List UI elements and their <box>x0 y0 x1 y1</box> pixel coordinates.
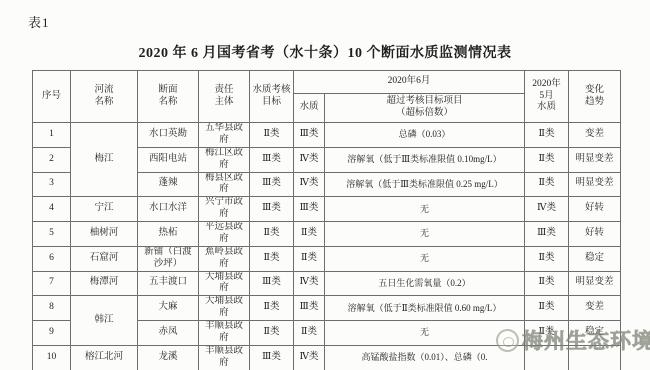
cell-exceed: 五日生化需氧量（0.2） <box>325 271 525 296</box>
cell-target: Ⅲ类 <box>250 172 294 197</box>
cell-june-quality: Ⅳ类 <box>294 271 325 296</box>
col-header-june-group: 2020年6月 <box>294 71 525 94</box>
water-quality-table: 序号 河流 名称 断面 名称 责任 主体 水质考核 目标 2020年6月 202… <box>32 70 621 370</box>
cell-no: 10 <box>33 345 71 370</box>
col-header-trend: 变化 趋势 <box>569 71 621 123</box>
cell-river: 韩江 <box>71 296 138 346</box>
cell-target: Ⅱ类 <box>250 123 294 148</box>
cell-may-quality: Ⅱ类 <box>525 123 569 148</box>
cell-target: Ⅱ类 <box>250 321 294 346</box>
cell-section: 龙溪 <box>138 345 199 370</box>
cell-trend: 好转 <box>569 197 621 222</box>
cell-river: 柚树河 <box>71 222 138 247</box>
col-header-responsible: 责任 主体 <box>199 71 250 123</box>
cell-exceed: 无 <box>325 321 525 346</box>
header-row-1: 序号 河流 名称 断面 名称 责任 主体 水质考核 目标 2020年6月 202… <box>33 71 621 94</box>
cell-june-quality: Ⅲ类 <box>294 123 325 148</box>
cell-section: 水口水洋 <box>138 197 199 222</box>
cell-trend: 稳定 <box>569 246 621 271</box>
col-header-exceed: 超过考核目标项目 （超标倍数） <box>325 94 525 123</box>
cell-responsible: 大埔县政府 <box>199 296 250 321</box>
cell-june-quality: Ⅲ类 <box>294 296 325 321</box>
cell-june-quality: Ⅳ类 <box>294 172 325 197</box>
cell-no: 5 <box>33 222 71 247</box>
table-row: 8 韩江 大麻 大埔县政府 Ⅱ类 Ⅲ类 溶解氧（低于Ⅱ类标准限值 0.60 mg… <box>33 296 621 321</box>
cell-section: 西阳电站 <box>138 147 199 172</box>
cell-june-quality: Ⅳ类 <box>294 345 325 370</box>
cell-may-quality: Ⅱ类 <box>525 271 569 296</box>
col-header-target: 水质考核 目标 <box>250 71 294 123</box>
table-label: 表1 <box>28 12 50 31</box>
scanned-report-page: 表1 2020 年 6 月国考省考（水十条）10 个断面水质监测情况表 序号 河… <box>0 0 650 370</box>
cell-responsible: 平远县政府 <box>199 222 250 247</box>
cell-section: 水口英勘 <box>138 123 199 148</box>
cell-may-quality: Ⅱ类 <box>525 296 569 321</box>
cell-target: Ⅲ类 <box>250 147 294 172</box>
cell-target: Ⅲ类 <box>250 345 294 370</box>
cell-responsible: 梅县区政府 <box>199 172 250 197</box>
cell-exceed: 高锰酸盐指数（0.01）、总磷（0. <box>325 345 525 370</box>
cell-may-quality: Ⅱ类 <box>525 147 569 172</box>
col-header-may: 2020年 5月 水质 <box>525 71 569 123</box>
cell-may-quality <box>525 345 569 370</box>
table-row: 4 宁江 水口水洋 兴宁市政府 Ⅲ类 Ⅲ类 无 Ⅳ类 好转 <box>33 197 621 222</box>
cell-section: 五丰渡口 <box>138 271 199 296</box>
cell-no: 6 <box>33 246 71 271</box>
cell-no: 8 <box>33 296 71 321</box>
cell-trend: 明显变差 <box>569 271 621 296</box>
cell-no: 4 <box>33 197 71 222</box>
cell-may-quality: Ⅱ类 <box>525 172 569 197</box>
cell-responsible: 梅江区政府 <box>199 147 250 172</box>
cell-responsible: 五华县政府 <box>199 123 250 148</box>
cell-responsible: 丰顺县政府 <box>199 321 250 346</box>
cell-target: Ⅱ类 <box>250 296 294 321</box>
table-row: 7 梅潭河 五丰渡口 大埔县政府 Ⅲ类 Ⅳ类 五日生化需氧量（0.2） Ⅱ类 明… <box>33 271 621 296</box>
col-header-river: 河流 名称 <box>71 71 138 123</box>
cell-june-quality: Ⅳ类 <box>294 147 325 172</box>
table-row: 10 榕江北河 龙溪 丰顺县政府 Ⅲ类 Ⅳ类 高锰酸盐指数（0.01）、总磷（0… <box>33 345 621 370</box>
cell-no: 2 <box>33 147 71 172</box>
cell-trend: 好转 <box>569 222 621 247</box>
cell-trend <box>569 345 621 370</box>
cell-no: 7 <box>33 271 71 296</box>
cell-may-quality: Ⅱ类 <box>525 246 569 271</box>
cell-target: Ⅱ类 <box>250 222 294 247</box>
cell-river: 宁江 <box>71 197 138 222</box>
cell-section: 新铺（白渡沙坪） <box>138 246 199 271</box>
cell-may-quality: Ⅱ类 <box>525 321 569 346</box>
water-quality-table-wrap: 序号 河流 名称 断面 名称 责任 主体 水质考核 目标 2020年6月 202… <box>32 70 621 370</box>
cell-may-quality: Ⅳ类 <box>525 197 569 222</box>
cell-trend: 明显变差 <box>569 147 621 172</box>
cell-no: 1 <box>33 123 71 148</box>
cell-responsible: 丰顺县政府 <box>199 345 250 370</box>
cell-trend: 稳定 <box>569 321 621 346</box>
cell-river: 梅潭河 <box>71 271 138 296</box>
cell-river: 榕江北河 <box>71 345 138 370</box>
cell-responsible: 大埔县政府 <box>199 271 250 296</box>
cell-exceed: 无 <box>325 222 525 247</box>
cell-responsible: 蕉岭县政府 <box>199 246 250 271</box>
cell-trend: 变差 <box>569 123 621 148</box>
cell-exceed: 溶解氧（低于Ⅲ类标准限值 0.25 mg/L） <box>325 172 525 197</box>
table-row: 5 柚树河 热柘 平远县政府 Ⅱ类 Ⅱ类 无 Ⅲ类 好转 <box>33 222 621 247</box>
col-header-june-quality: 水质 <box>294 94 325 123</box>
cell-no: 9 <box>33 321 71 346</box>
cell-exceed: 无 <box>325 246 525 271</box>
cell-june-quality: Ⅱ类 <box>294 321 325 346</box>
cell-no: 3 <box>33 172 71 197</box>
cell-section: 大麻 <box>138 296 199 321</box>
cell-exceed: 无 <box>325 197 525 222</box>
cell-exceed: 总磷（0.03） <box>325 123 525 148</box>
cell-exceed: 溶解氧（低于Ⅲ类标准限值 0.10mg/L） <box>325 147 525 172</box>
table-row: 6 石窟河 新铺（白渡沙坪） 蕉岭县政府 Ⅱ类 Ⅱ类 无 Ⅱ类 稳定 <box>33 246 621 271</box>
cell-exceed: 溶解氧（低于Ⅱ类标准限值 0.60 mg/L） <box>325 296 525 321</box>
cell-river: 石窟河 <box>71 246 138 271</box>
cell-section: 蓬辣 <box>138 172 199 197</box>
cell-responsible: 兴宁市政府 <box>199 197 250 222</box>
cell-trend: 明显变差 <box>569 172 621 197</box>
cell-june-quality: Ⅱ类 <box>294 246 325 271</box>
cell-river: 梅江 <box>71 123 138 197</box>
cell-section: 赤凤 <box>138 321 199 346</box>
cell-june-quality: Ⅲ类 <box>294 197 325 222</box>
cell-may-quality: Ⅲ类 <box>525 222 569 247</box>
col-header-section: 断面 名称 <box>138 71 199 123</box>
col-header-no: 序号 <box>33 71 71 123</box>
cell-target: Ⅲ类 <box>250 271 294 296</box>
cell-section: 热柘 <box>138 222 199 247</box>
cell-target: Ⅱ类 <box>250 246 294 271</box>
cell-target: Ⅲ类 <box>250 197 294 222</box>
cell-trend: 变差 <box>569 296 621 321</box>
table-row: 1 梅江 水口英勘 五华县政府 Ⅱ类 Ⅲ类 总磷（0.03） Ⅱ类 变差 <box>33 123 621 148</box>
page-title: 2020 年 6 月国考省考（水十条）10 个断面水质监测情况表 <box>0 42 650 62</box>
cell-june-quality: Ⅱ类 <box>294 222 325 247</box>
